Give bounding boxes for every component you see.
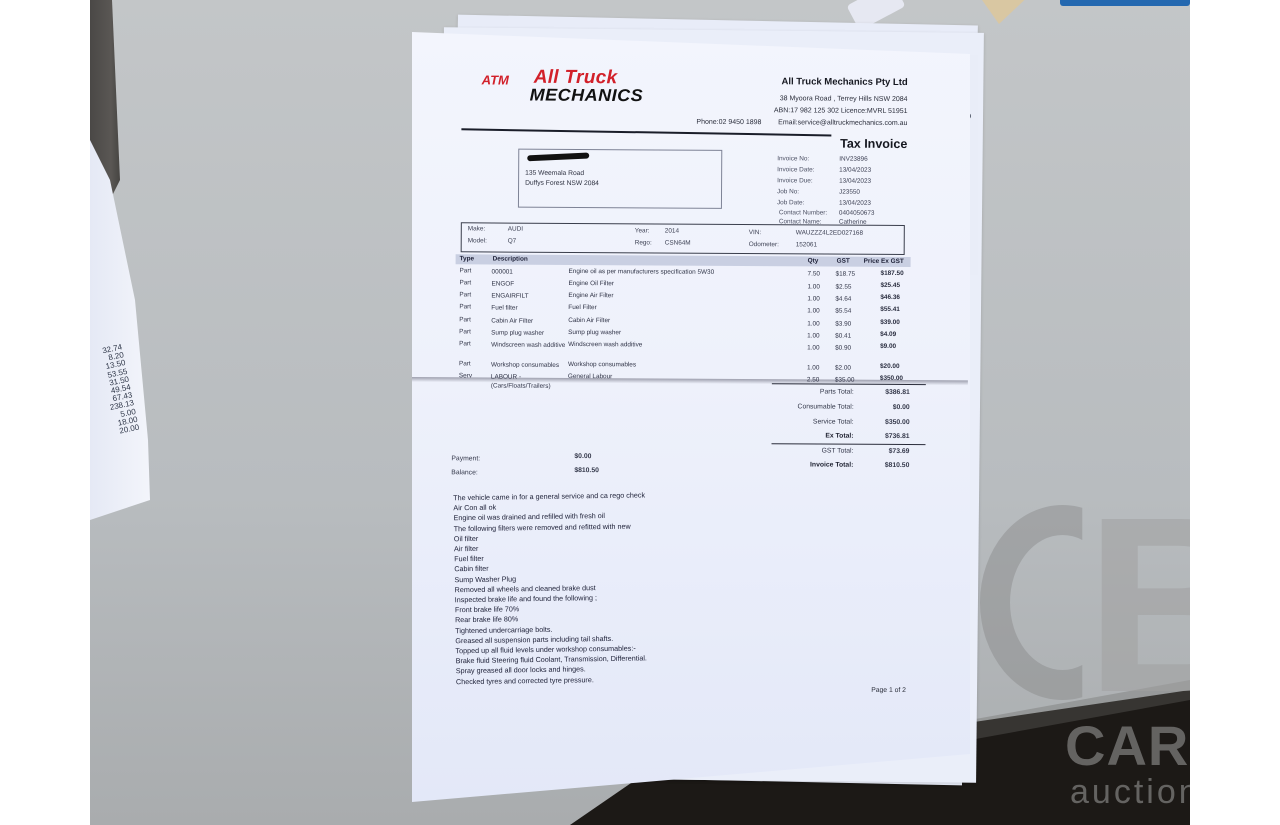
meta-value: 13/04/2023 [839, 178, 871, 185]
total-row: Invoice Total:$810.50 [759, 461, 909, 462]
cell-desc: Engine Air Filter [568, 292, 613, 299]
watermark-b: B [1085, 505, 1190, 705]
balance-value: $810.50 [574, 467, 599, 474]
line-items-header: Type Description Qty GST Price Ex GST [456, 254, 911, 267]
vin-value: WAUZZZ4L2ED027168 [796, 229, 863, 236]
cell-gst: $0.41 [835, 333, 851, 340]
cell-code: ENGAIRFILT [491, 291, 569, 300]
meta-label: Contact Number: [779, 209, 827, 216]
cell-qty: 1.00 [807, 364, 819, 371]
cell-qty: 1.00 [807, 283, 819, 290]
total-row: Ex Total:$736.81 [760, 432, 910, 433]
odometer-label: Odometer: [749, 241, 779, 248]
cell-desc: Engine oil as per manufacturers specific… [569, 268, 715, 276]
cell-qty: 1.00 [807, 332, 819, 339]
total-value: $736.81 [885, 433, 910, 440]
cell-type: Part [459, 303, 471, 310]
total-value: $0.00 [893, 404, 910, 411]
cell-desc: Fuel Filter [568, 304, 596, 311]
balance-label: Balance: [451, 469, 477, 476]
cell-price: $187.50 [881, 270, 904, 277]
total-value: $350.00 [885, 419, 910, 426]
envelope-object [975, 0, 1035, 24]
cell-price: $39.00 [880, 319, 900, 326]
cell-type: Part [459, 279, 471, 286]
company-email: Email:service@alltruckmechanics.com.au [778, 119, 907, 127]
cell-code: Windscreen wash additive [491, 340, 569, 349]
cell-desc: Cabin Air Filter [568, 317, 610, 324]
total-label: Parts Total: [820, 388, 854, 395]
meta-value: 13/04/2023 [839, 167, 871, 174]
make-value: AUDI [508, 226, 523, 233]
payment-label: Payment: [451, 455, 480, 462]
header-price: Price Ex GST [864, 258, 904, 265]
document-title: Tax Invoice [840, 137, 907, 151]
cell-code: Fuel filter [491, 303, 569, 312]
total-label: Consumable Total: [798, 403, 854, 410]
page-indicator: Page 1 of 2 [871, 687, 906, 694]
service-notes: The vehicle came in for a general servic… [453, 490, 648, 687]
header-qty: Qty [808, 257, 819, 264]
meta-value: 13/04/2023 [839, 200, 871, 207]
cell-type: Part [459, 328, 471, 335]
logo-line2: MECHANICS [530, 85, 644, 106]
cell-desc: Engine Oil Filter [568, 280, 614, 287]
odometer-value: 152061 [796, 241, 817, 248]
cell-gst: $18.75 [836, 271, 856, 278]
watermark-fingerprint-c [980, 505, 1145, 700]
cell-qty: 1.00 [807, 320, 819, 327]
cell-code: Cabin Air Filter [491, 316, 569, 325]
meta-label: Job Date: [777, 199, 804, 206]
cell-code: Workshop consumables [491, 360, 569, 369]
meta-label: Invoice No: [777, 155, 809, 162]
cell-gst: $0.90 [835, 345, 851, 352]
table-row: PartWindscreen wash additiveWindscreen w… [455, 340, 910, 355]
cell-code: 000001 [492, 267, 570, 276]
cell-price: $4.09 [880, 331, 896, 338]
total-label: Invoice Total: [810, 461, 853, 468]
total-label: Service Total: [813, 418, 854, 425]
cell-qty: 7.50 [808, 270, 820, 277]
tax-invoice-page: ATM All Truck MECHANICS All Truck Mechan… [412, 32, 970, 802]
blue-object [1060, 0, 1190, 6]
total-row: Service Total:$350.00 [760, 418, 910, 419]
meta-label: Invoice Date: [777, 166, 814, 173]
payment-value: $0.00 [574, 453, 591, 460]
cell-qty: 1.00 [807, 295, 819, 302]
total-label: Ex Total: [825, 433, 853, 440]
company-address: 38 Myoora Road , Terrey Hills NSW 2084 [780, 95, 908, 103]
cell-code: ENGOF [491, 279, 569, 288]
cell-qty: 1.00 [807, 307, 819, 314]
vin-label: VIN: [749, 229, 761, 236]
cell-code: Sump plug washer [491, 328, 569, 337]
cell-price: $20.00 [880, 363, 900, 370]
cell-type: Part [459, 360, 471, 367]
redacted-customer-name [527, 152, 589, 161]
note-line: Checked tyres and corrected tyre pressur… [456, 674, 648, 687]
total-value: $386.81 [885, 389, 910, 396]
meta-label: Invoice Due: [777, 177, 813, 184]
cell-price: $25.45 [880, 282, 900, 289]
cell-desc: Sump plug washer [568, 329, 621, 336]
cell-price: $55.41 [880, 306, 900, 313]
total-value: $73.69 [889, 448, 910, 455]
cell-price: $9.00 [880, 343, 896, 350]
model-label: Model: [468, 237, 487, 244]
cell-price: $46.36 [880, 294, 900, 301]
make-label: Make: [468, 225, 485, 232]
cell-qty: 1.00 [807, 344, 819, 351]
cell-gst: $2.00 [835, 365, 851, 372]
company-abn-licence: ABN:17 982 125 302 Licence:MVRL 51951 [774, 107, 908, 115]
rego-label: Rego: [635, 239, 652, 246]
cell-type: Part [460, 267, 472, 274]
total-row: Consumable Total:$0.00 [760, 403, 910, 404]
header-description: Description [493, 255, 528, 262]
cell-type: Part [459, 316, 471, 323]
total-row: GST Total:$73.69 [759, 447, 909, 448]
company-name: All Truck Mechanics Pty Ltd [781, 76, 907, 88]
cell-gst: $2.55 [835, 284, 851, 291]
customer-address-line2: Duffys Forest NSW 2084 [525, 180, 599, 187]
total-label: GST Total: [822, 448, 854, 455]
customer-address-line1: 135 Weemala Road [525, 170, 584, 177]
model-value: Q7 [508, 238, 517, 245]
meta-label: Job No: [777, 188, 799, 195]
year-value: 2014 [665, 228, 679, 235]
total-value: $810.50 [885, 462, 910, 469]
header-gst: GST [837, 258, 850, 265]
logo-abbr: ATM [482, 72, 509, 87]
cell-type: Part [459, 291, 471, 298]
rego-value: CSN64M [665, 240, 691, 247]
customer-address-box: 135 Weemala Road Duffys Forest NSW 2084 [518, 149, 722, 209]
cell-gst: $4.64 [835, 296, 851, 303]
header-divider [461, 128, 831, 136]
cell-gst: $5.54 [835, 308, 851, 315]
vehicle-details-box: Make: AUDI Model: Q7 Year: 2014 Rego: CS… [461, 222, 905, 255]
cell-desc: Workshop consumables [568, 361, 636, 368]
total-row: Parts Total:$386.81 [760, 388, 910, 389]
cell-desc: Windscreen wash additive [568, 341, 642, 348]
meta-value: J23550 [839, 189, 860, 196]
background-sheet-left [90, 140, 150, 520]
photo-background: 32.748.2013.5053.5531.5049.5467.43238.13… [90, 0, 1190, 825]
header-type: Type [460, 255, 474, 262]
totals-divider [771, 443, 925, 445]
company-phone: Phone:02 9450 1898 [696, 119, 761, 126]
meta-value: INV23896 [839, 156, 867, 163]
cell-gst: $3.90 [835, 321, 851, 328]
cell-type: Part [459, 340, 471, 347]
year-label: Year: [635, 227, 650, 234]
meta-value: 0404050673 [839, 210, 875, 217]
